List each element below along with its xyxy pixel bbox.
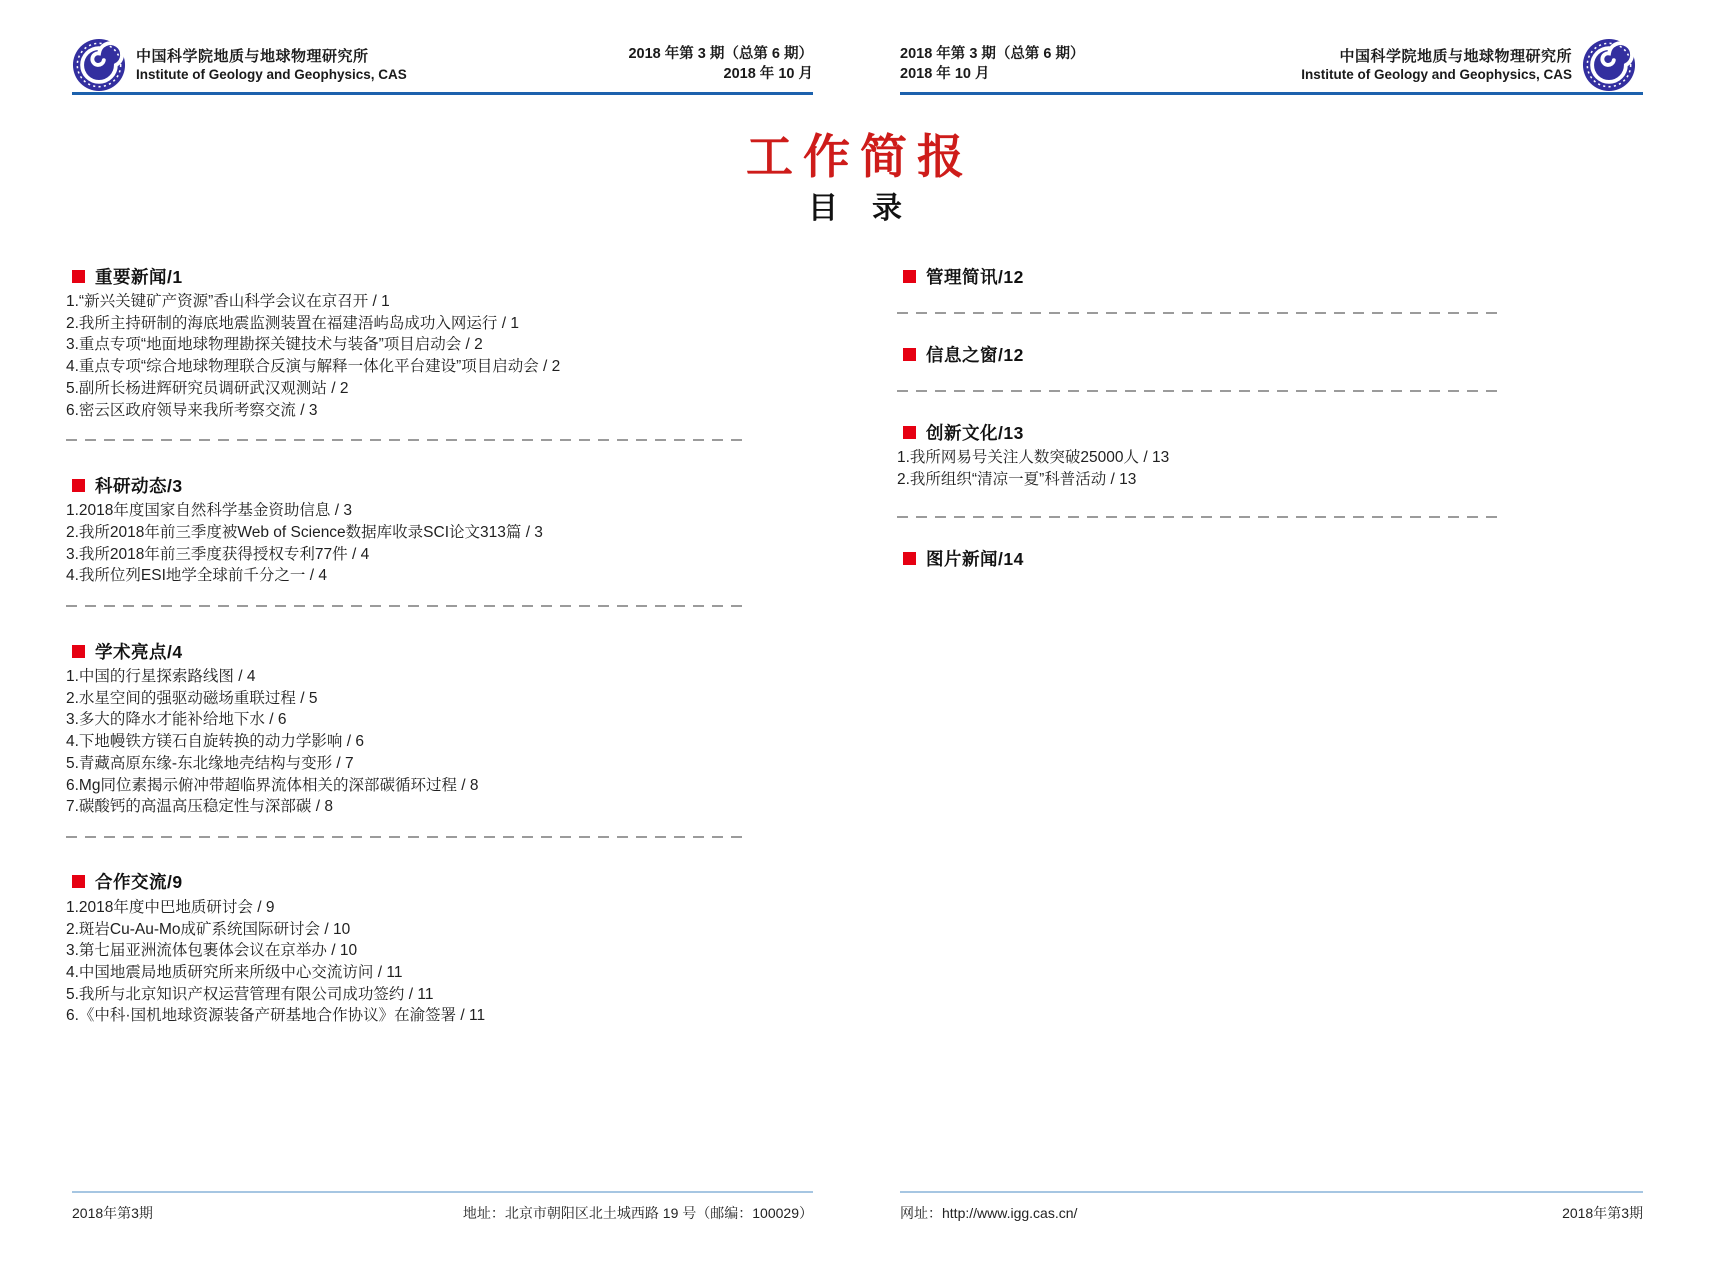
- footer-address: 地址：北京市朝阳区北土城西路 19 号（邮编：100029）: [463, 1203, 813, 1223]
- section-item-list: 1.中国的行星探索路线图 / 42.水星空间的强驱动磁场重联过程 / 53.多大…: [66, 666, 746, 818]
- toc-item: 3.重点专项“地面地球物理勘探关键技术与装备”项目启动会 / 2: [66, 334, 746, 356]
- newsletter-toc-page: 中国科学院地质与地球物理研究所 Institute of Geology and…: [0, 0, 1710, 1270]
- toc-section-left-2: 学术亮点/41.中国的行星探索路线图 / 42.水星空间的强驱动磁场重联过程 /…: [66, 641, 746, 818]
- red-square-bullet-icon: [903, 348, 916, 361]
- toc-item: 1.“新兴关键矿产资源”香山科学会议在京召开 / 1: [66, 291, 746, 313]
- footer-right: 网址：http://www.igg.cas.cn/ 2018年第3期: [900, 1203, 1643, 1223]
- dashed-divider: [66, 439, 746, 441]
- section-heading-row: 图片新闻/14: [897, 548, 1500, 568]
- section-heading-row: 创新文化/13: [897, 422, 1500, 442]
- footer-website: 网址：http://www.igg.cas.cn/: [900, 1203, 1077, 1223]
- header-rule-left: [72, 92, 813, 95]
- toc-item: 4.下地幔铁方镁石自旋转换的动力学影响 / 6: [66, 731, 746, 753]
- section-heading: 科研动态/3: [95, 473, 183, 498]
- dashed-divider: [66, 836, 746, 838]
- dashed-divider: [66, 605, 746, 607]
- toc-section-left-0: 重要新闻/11.“新兴关键矿产资源”香山科学会议在京召开 / 12.我所主持研制…: [66, 266, 746, 421]
- institute-logo-icon: [1582, 38, 1636, 92]
- toc-section-right-2: 创新文化/131.我所网易号关注人数突破25000人 / 132.我所组织“清凉…: [897, 422, 1500, 490]
- page-title: 工作简报: [0, 120, 1710, 187]
- section-item-list: 1.我所网易号关注人数突破25000人 / 132.我所组织“清凉一夏”科普活动…: [897, 447, 1500, 490]
- header-left: 中国科学院地质与地球物理研究所 Institute of Geology and…: [72, 38, 407, 92]
- section-heading-row: 科研动态/3: [66, 475, 746, 495]
- toc-item: 1.我所网易号关注人数突破25000人 / 13: [897, 447, 1500, 469]
- header-right: 中国科学院地质与地球物理研究所 Institute of Geology and…: [1301, 38, 1636, 92]
- toc-item: 5.我所与北京知识产权运营管理有限公司成功签约 / 11: [66, 984, 746, 1006]
- toc-item: 1.2018年度中巴地质研讨会 / 9: [66, 897, 746, 919]
- toc-item: 5.副所长杨进辉研究员调研武汉观测站 / 2: [66, 378, 746, 400]
- dashed-divider: [897, 312, 1500, 314]
- section-heading-row: 合作交流/9: [66, 872, 746, 892]
- section-heading: 创新文化/13: [926, 420, 1024, 445]
- institute-logo-icon: [72, 38, 126, 92]
- toc-section-left-3: 合作交流/91.2018年度中巴地质研讨会 / 92.斑岩Cu-Au-Mo成矿系…: [66, 872, 746, 1027]
- issue-info-left: 2018 年第 3 期（总第 6 期） 2018 年 10 月: [628, 44, 813, 84]
- toc-item: 6.《中科·国机地球资源装备产研基地合作协议》在渝签署 / 11: [66, 1005, 746, 1027]
- section-heading: 重要新闻/1: [95, 264, 183, 289]
- issue-date: 2018 年 10 月: [628, 64, 813, 84]
- toc-section-right-0: 管理简讯/12: [897, 266, 1500, 286]
- section-heading: 合作交流/9: [95, 869, 183, 894]
- toc-item: 4.中国地震局地质研究所来所级中心交流访问 / 11: [66, 962, 746, 984]
- toc-item: 3.多大的降水才能补给地下水 / 6: [66, 709, 746, 731]
- section-item-list: 1.“新兴关键矿产资源”香山科学会议在京召开 / 12.我所主持研制的海底地震监…: [66, 291, 746, 421]
- section-heading-row: 学术亮点/4: [66, 641, 746, 661]
- toc-item: 7.碳酸钙的高温高压稳定性与深部碳 / 8: [66, 796, 746, 818]
- toc-item: 2.我所2018年前三季度被Web of Science数据库收录SCI论文31…: [66, 522, 746, 544]
- toc-left-column: 重要新闻/11.“新兴关键矿产资源”香山科学会议在京召开 / 12.我所主持研制…: [66, 250, 746, 1027]
- section-heading: 管理简讯/12: [926, 264, 1024, 289]
- issue-date: 2018 年 10 月: [900, 64, 1085, 84]
- footer-rule-right: [900, 1191, 1643, 1193]
- toc-item: 2.我所主持研制的海底地震监测装置在福建浯屿岛成功入网运行 / 1: [66, 313, 746, 335]
- red-square-bullet-icon: [903, 552, 916, 565]
- toc-right-column: 管理简讯/12信息之窗/12创新文化/131.我所网易号关注人数突破25000人…: [897, 250, 1500, 568]
- toc-section-right-1: 信息之窗/12: [897, 344, 1500, 364]
- org-name-en: Institute of Geology and Geophysics, CAS: [136, 66, 407, 83]
- dashed-divider: [897, 516, 1500, 518]
- red-square-bullet-icon: [72, 270, 85, 283]
- header-rule-right: [900, 92, 1643, 95]
- toc-heading: 目 录: [0, 183, 1710, 227]
- footer-left: 2018年第3期 地址：北京市朝阳区北土城西路 19 号（邮编：100029）: [72, 1203, 813, 1223]
- section-item-list: 1.2018年度国家自然科学基金资助信息 / 32.我所2018年前三季度被We…: [66, 500, 746, 587]
- org-name-cn: 中国科学院地质与地球物理研究所: [1301, 47, 1572, 66]
- red-square-bullet-icon: [903, 426, 916, 439]
- section-heading-row: 管理简讯/12: [897, 266, 1500, 286]
- toc-item: 6.密云区政府领导来我所考察交流 / 3: [66, 400, 746, 422]
- org-name-cn: 中国科学院地质与地球物理研究所: [136, 47, 407, 66]
- red-square-bullet-icon: [72, 645, 85, 658]
- red-square-bullet-icon: [72, 479, 85, 492]
- toc-item: 3.第七届亚洲流体包裹体会议在京举办 / 10: [66, 940, 746, 962]
- issue-number: 2018 年第 3 期（总第 6 期）: [900, 44, 1085, 64]
- footer-rule-left: [72, 1191, 813, 1193]
- section-heading: 信息之窗/12: [926, 342, 1024, 367]
- section-heading-row: 重要新闻/1: [66, 266, 746, 286]
- toc-section-right-3: 图片新闻/14: [897, 548, 1500, 568]
- org-name-en: Institute of Geology and Geophysics, CAS: [1301, 66, 1572, 83]
- toc-item: 4.重点专项“综合地球物理联合反演与解释一体化平台建设”项目启动会 / 2: [66, 356, 746, 378]
- toc-item: 4.我所位列ESI地学全球前千分之一 / 4: [66, 565, 746, 587]
- section-heading-row: 信息之窗/12: [897, 344, 1500, 364]
- toc-item: 6.Mg同位素揭示俯冲带超临界流体相关的深部碳循环过程 / 8: [66, 775, 746, 797]
- toc-item: 5.青藏高原东缘-东北缘地壳结构与变形 / 7: [66, 753, 746, 775]
- footer-issue: 2018年第3期: [1562, 1203, 1643, 1223]
- dashed-divider: [897, 390, 1500, 392]
- toc-section-left-1: 科研动态/31.2018年度国家自然科学基金资助信息 / 32.我所2018年前…: [66, 475, 746, 587]
- section-item-list: 1.2018年度中巴地质研讨会 / 92.斑岩Cu-Au-Mo成矿系统国际研讨会…: [66, 897, 746, 1027]
- toc-item: 1.中国的行星探索路线图 / 4: [66, 666, 746, 688]
- toc-item: 3.我所2018年前三季度获得授权专利77件 / 4: [66, 544, 746, 566]
- issue-info-right: 2018 年第 3 期（总第 6 期） 2018 年 10 月: [900, 44, 1085, 84]
- toc-item: 2.斑岩Cu-Au-Mo成矿系统国际研讨会 / 10: [66, 919, 746, 941]
- toc-item: 1.2018年度国家自然科学基金资助信息 / 3: [66, 500, 746, 522]
- toc-item: 2.水星空间的强驱动磁场重联过程 / 5: [66, 688, 746, 710]
- toc-item: 2.我所组织“清凉一夏”科普活动 / 13: [897, 469, 1500, 491]
- red-square-bullet-icon: [903, 270, 916, 283]
- section-heading: 学术亮点/4: [95, 639, 183, 664]
- section-heading: 图片新闻/14: [926, 546, 1024, 571]
- footer-issue: 2018年第3期: [72, 1203, 153, 1223]
- issue-number: 2018 年第 3 期（总第 6 期）: [628, 44, 813, 64]
- red-square-bullet-icon: [72, 875, 85, 888]
